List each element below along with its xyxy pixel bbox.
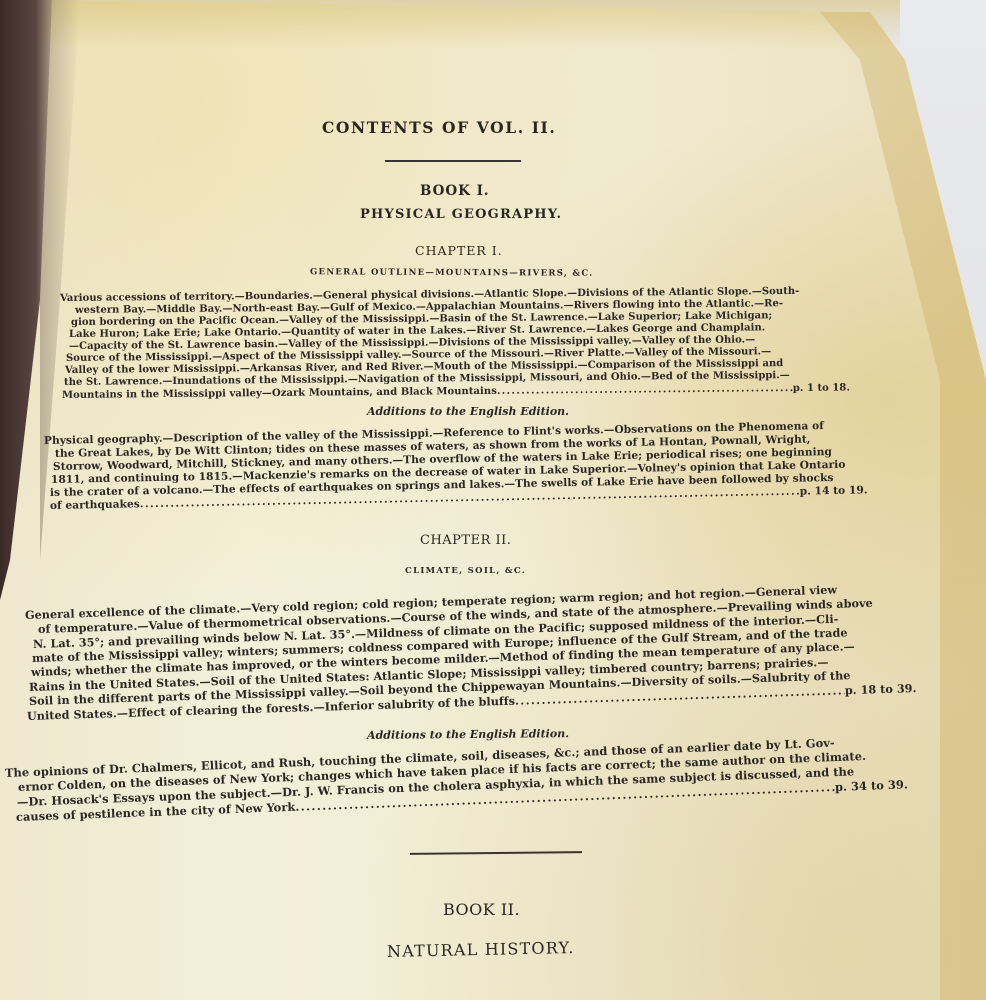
chapter-label: CHAPTER I. (415, 243, 503, 258)
chapter-subtitle: GENERAL OUTLINE—MOUNTAINS—RIVERS, &C. (310, 267, 594, 278)
page-range: p. 14 to 19. (800, 484, 868, 497)
chapter-subtitle: CLIMATE, SOIL, &C. (405, 566, 526, 576)
contents-page: CONTENTS OF VOL. II. BOOK I. PHYSICAL GE… (0, 0, 986, 1000)
book-label: BOOK II. (443, 900, 520, 919)
divider-rule (385, 160, 521, 162)
divider-rule (410, 851, 582, 854)
book-subject: PHYSICAL GEOGRAPHY. (360, 207, 562, 222)
summary-text: of earthquakes (50, 498, 140, 512)
chapter-label: CHAPTER II. (420, 533, 511, 548)
page-title: CONTENTS OF VOL. II. (322, 118, 556, 137)
additions-heading: Additions to the English Edition. (367, 405, 569, 418)
summary-text: Mountains in the Mississippi valley—Ozar… (62, 386, 497, 401)
page-range: p. 34 to 39. (835, 777, 908, 794)
additions-heading: Additions to the English Edition. (367, 727, 569, 742)
dot-leader: ........................................… (497, 383, 793, 397)
book-subject: NATURAL HISTORY. (387, 938, 575, 961)
book-label: BOOK I. (420, 183, 490, 199)
page-range: p. 18 to 39. (845, 681, 917, 697)
page-range: p. 1 to 18. (793, 382, 850, 394)
